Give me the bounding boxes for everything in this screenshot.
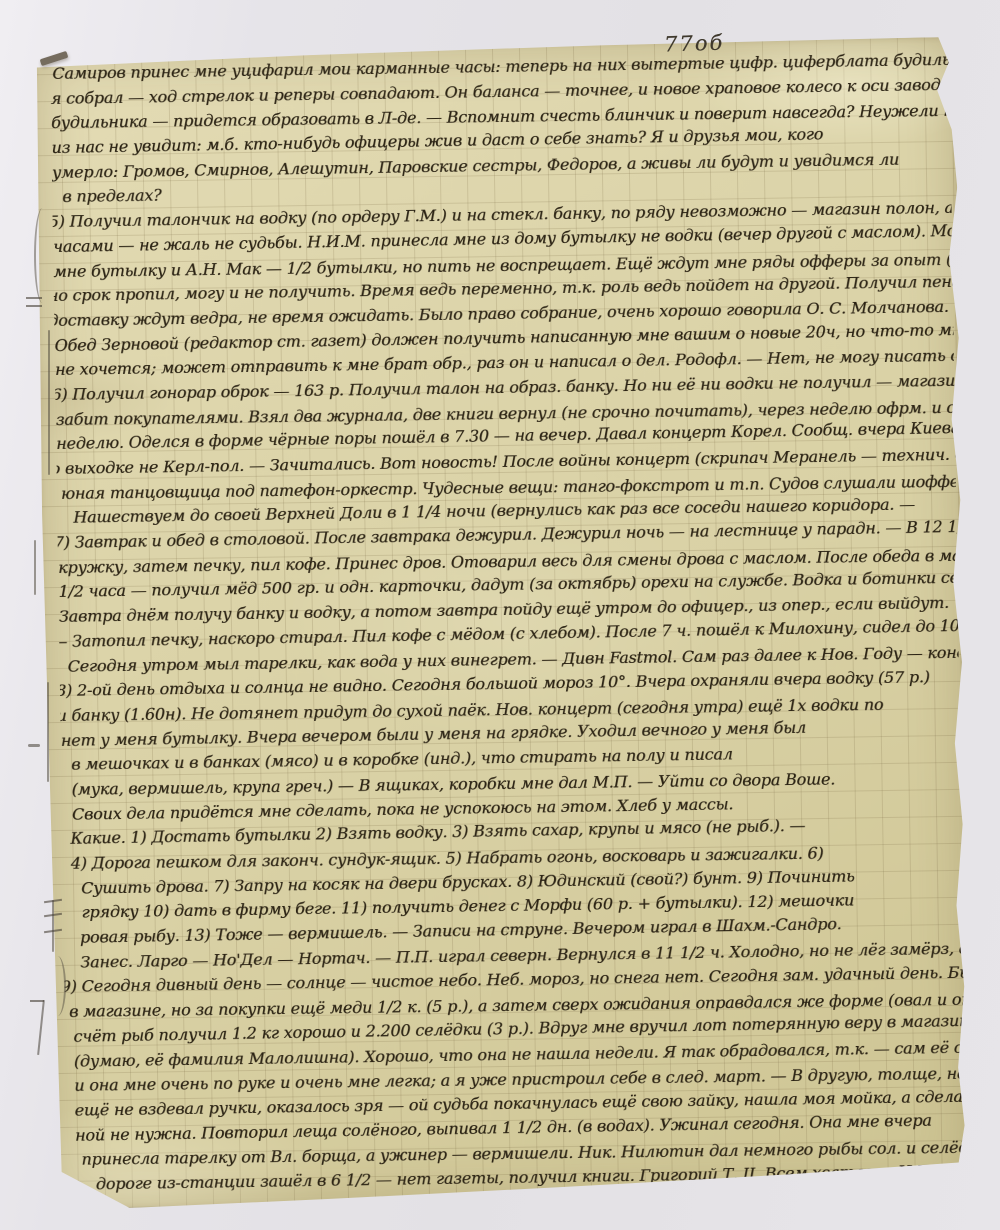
archive-page-number: 77об: [664, 26, 755, 59]
manuscript-paper: Самиров принес мне уцифарил мои карманны…: [33, 37, 973, 1209]
double-bar-pencil-mark: [26, 297, 38, 309]
seven-pencil-mark: [30, 1000, 42, 1055]
manuscript-lines: Самиров принес мне уцифарил мои карманны…: [50, 48, 967, 1205]
vertical-pencil-mark: [30, 540, 42, 595]
dot-pencil-mark: [28, 744, 40, 747]
scanned-document-background: Самиров принес мне уцифарил мои карманны…: [0, 0, 1000, 1230]
corner-fold-mark: [40, 51, 69, 66]
